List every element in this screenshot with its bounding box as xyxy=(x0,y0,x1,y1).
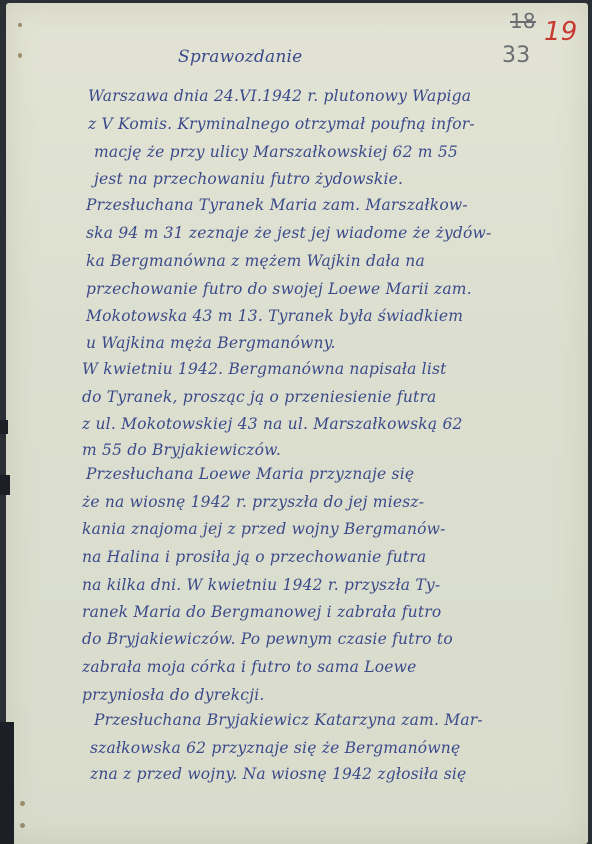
text-line: do Bryjakiewiczów. Po pewnym czasie futr… xyxy=(82,630,453,648)
text-line: ranek Maria do Bergmanowej i zabrała fut… xyxy=(82,603,441,621)
text-line: jest na przechowaniu futro żydowskie. xyxy=(94,170,403,188)
page-edge-tear xyxy=(0,722,14,844)
folio-old-number: 18 xyxy=(510,9,536,33)
page-edge-tear xyxy=(0,475,10,495)
text-line: m 55 do Bryjakiewiczów. xyxy=(82,441,281,459)
punch-hole xyxy=(20,801,25,806)
folio-new-number: 19 xyxy=(544,17,577,47)
document-title: Sprawozdanie xyxy=(178,47,302,67)
text-line: z ul. Mokotowskiej 43 na ul. Marszałkows… xyxy=(82,415,463,433)
text-line: kania znajoma jej z przed wojny Bergmanó… xyxy=(82,520,446,538)
text-line: na kilka dni. W kwietniu 1942 r. przyszł… xyxy=(82,576,440,594)
text-line: zna z przed wojny. Na wiosnę 1942 zgłosi… xyxy=(90,765,466,783)
text-line: że na wiosnę 1942 r. przyszła do jej mie… xyxy=(82,493,424,511)
text-line: przechowanie futro do swojej Loewe Marii… xyxy=(86,280,472,298)
page-number: 33 xyxy=(502,43,530,68)
text-line: Mokotowska 43 m 13. Tyranek była świadki… xyxy=(86,307,463,325)
text-line: ska 94 m 31 zeznaje że jest jej wiadome … xyxy=(86,224,491,242)
text-line: mację że przy ulicy Marszałkowskiej 62 m… xyxy=(94,143,458,161)
text-line: szałkowska 62 przyznaje się że Bergmanów… xyxy=(90,739,460,757)
text-line: W kwietniu 1942. Bergmanówna napisała li… xyxy=(82,360,447,378)
text-line: Przesłuchana Tyranek Maria zam. Marszałk… xyxy=(86,196,468,214)
punch-hole xyxy=(18,23,22,27)
text-line: Przesłuchana Loewe Maria przyznaje się xyxy=(86,465,414,483)
text-line: na Halina i prosiła ją o przechowanie fu… xyxy=(82,548,426,566)
text-line: Przesłuchana Bryjakiewicz Katarzyna zam.… xyxy=(94,711,483,729)
text-line: Warszawa dnia 24.VI.1942 r. plutonowy Wa… xyxy=(88,87,471,105)
page-edge-tear xyxy=(0,420,8,434)
text-line: ka Bergmanówna z mężem Wajkin dała na xyxy=(86,252,425,270)
text-line: z V Komis. Kryminalnego otrzymał poufną … xyxy=(88,115,475,133)
text-line: u Wajkina męża Bergmanówny. xyxy=(86,334,336,352)
punch-hole xyxy=(18,53,22,58)
document-page: 18 19 33 Sprawozdanie Warszawa dnia 24.V… xyxy=(6,3,588,844)
punch-hole xyxy=(20,823,25,828)
text-line: zabrała moja córka i futro to sama Loewe xyxy=(82,658,416,676)
text-line: do Tyranek, prosząc ją o przeniesienie f… xyxy=(82,388,437,406)
text-line: przyniosła do dyrekcji. xyxy=(82,686,264,704)
